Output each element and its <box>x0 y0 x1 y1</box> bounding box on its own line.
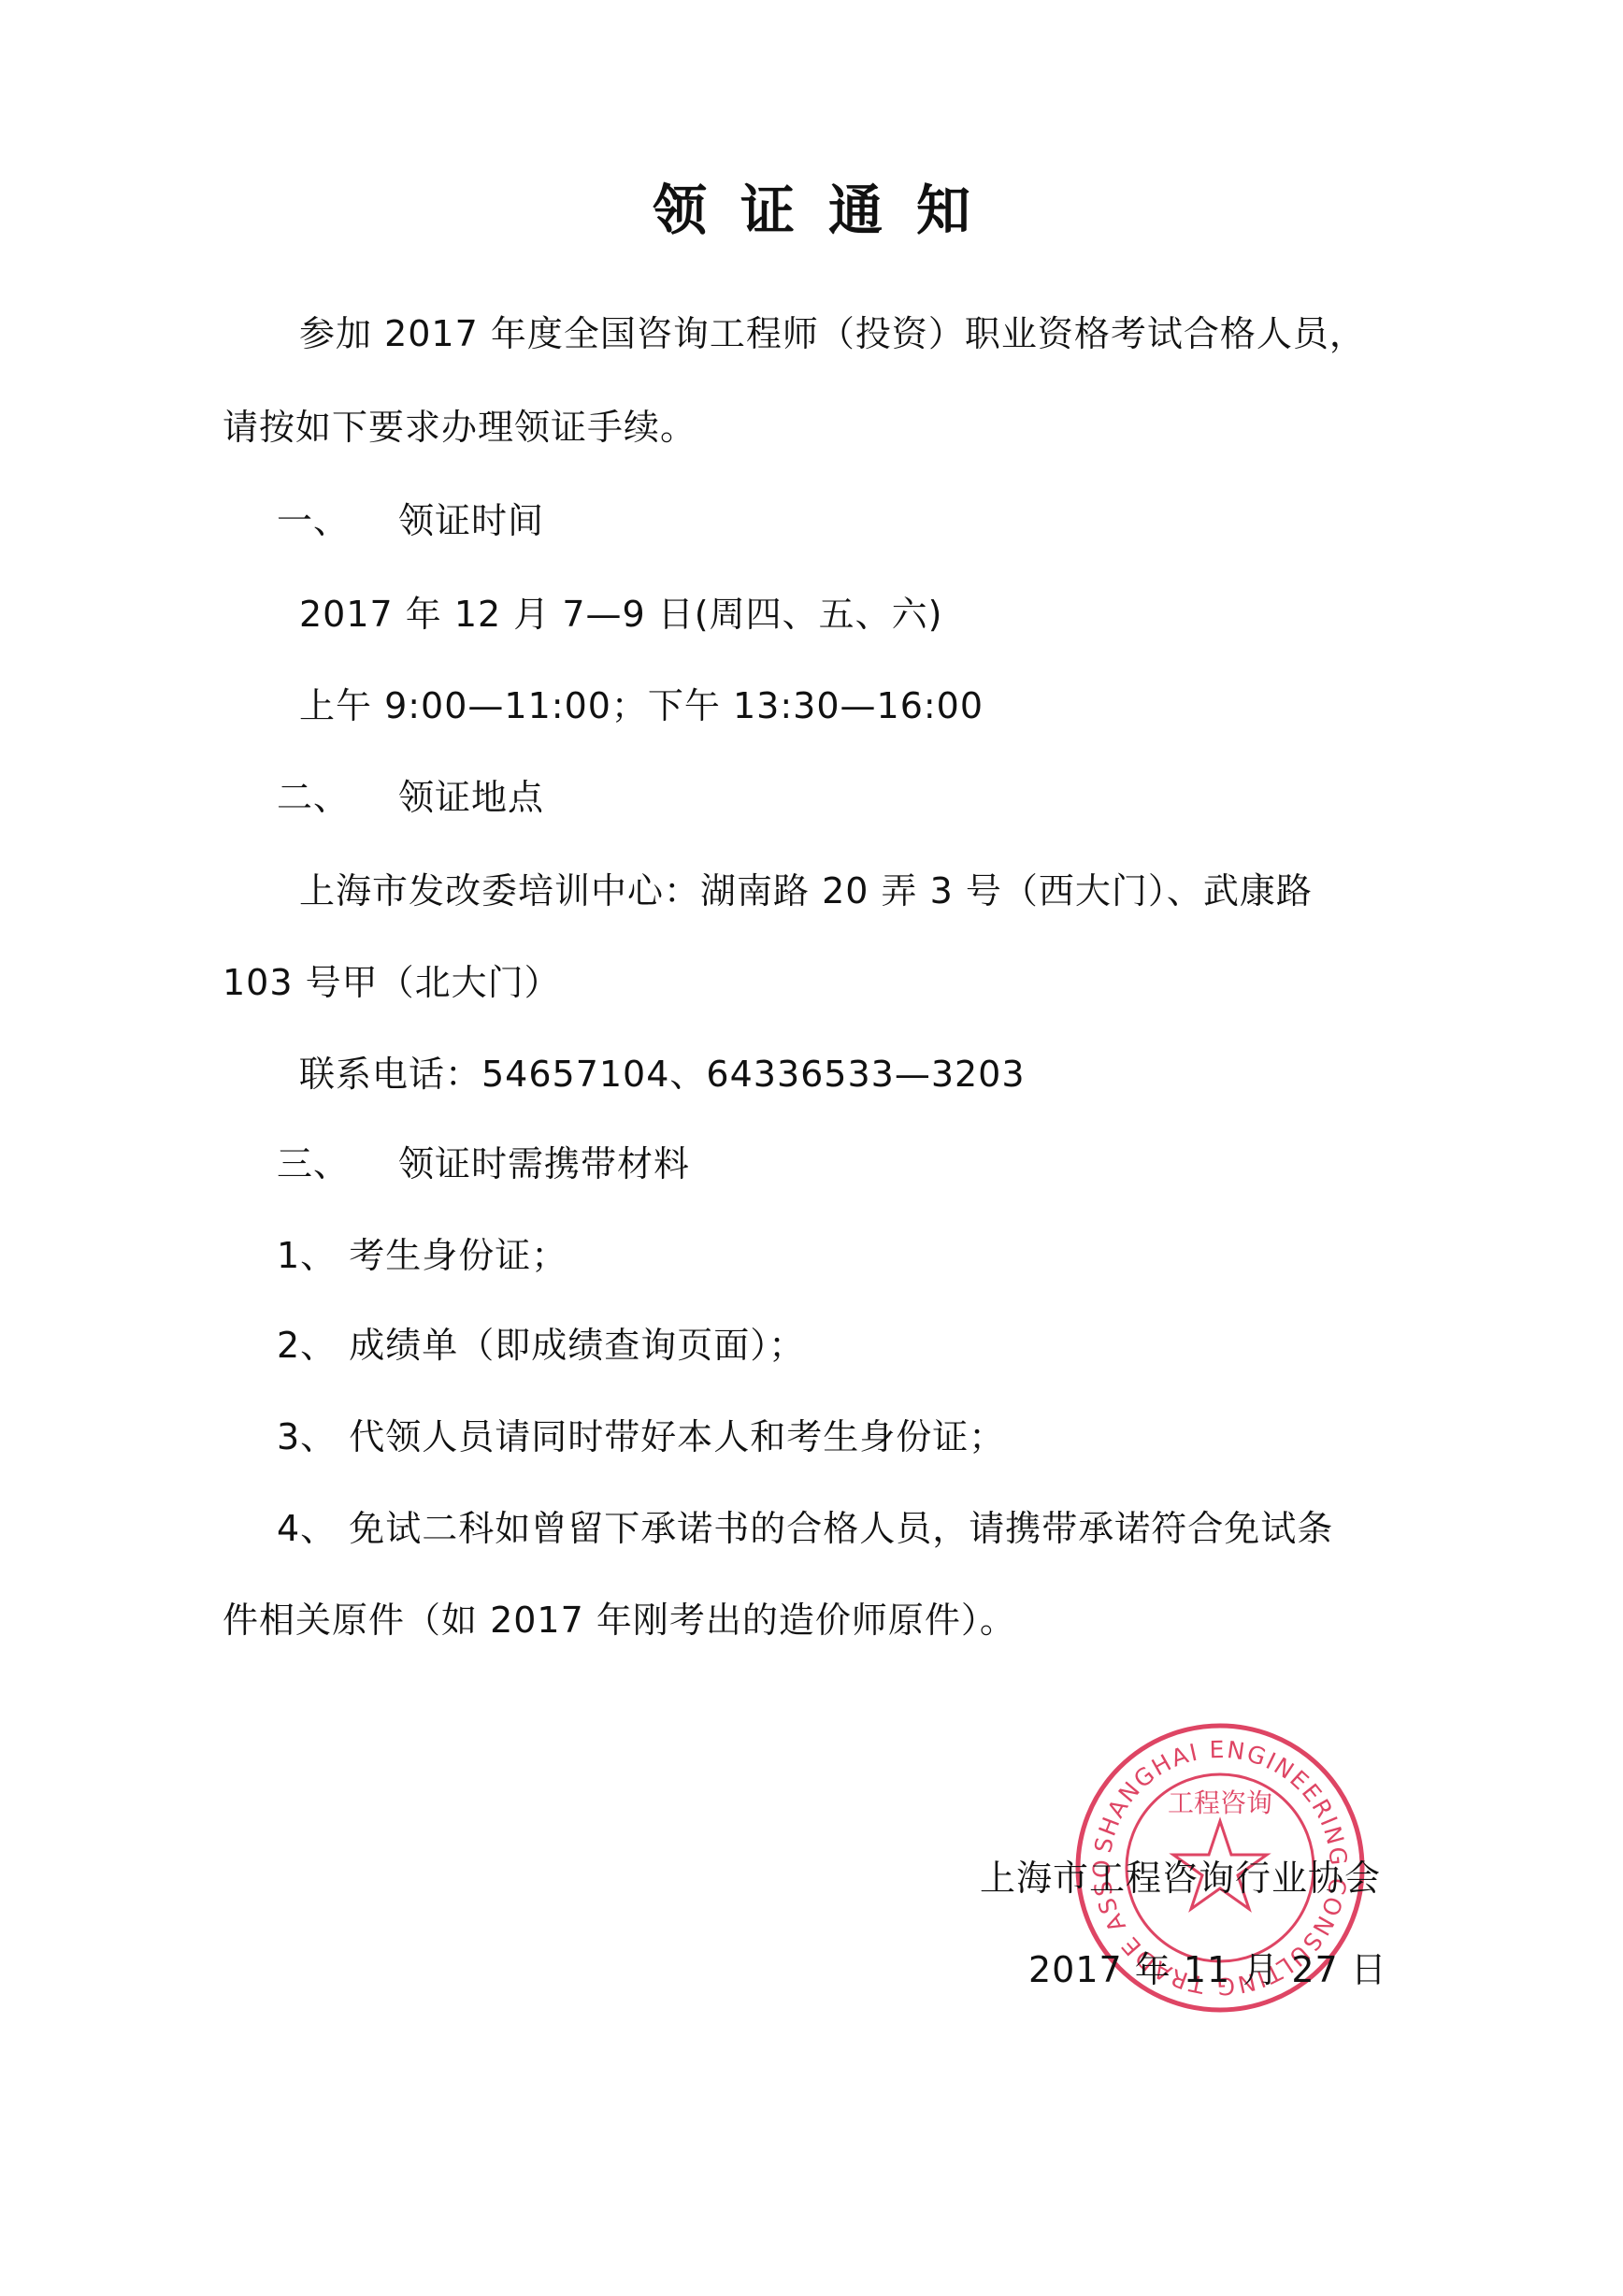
material-item-1: 1、 考生身份证； <box>277 1232 567 1279</box>
section-2-number: 二、 <box>277 774 398 821</box>
svg-text:工程咨询: 工程咨询 <box>1168 1787 1272 1818</box>
material-item-4-continued: 件相关原件（如 2017 年刚考出的造价师原件）。 <box>223 1597 1016 1643</box>
section-1-number: 一、 <box>277 497 398 544</box>
issuing-organization: 上海市工程咨询行业协会 <box>980 1855 1381 1901</box>
collection-dates: 2017 年 12 月 7—9 日(周四、五、六) <box>299 591 942 638</box>
address-line-2: 103 号甲（北大门） <box>223 959 561 1006</box>
material-item-3: 3、 代领人员请同时带好本人和考生身份证； <box>277 1413 1005 1460</box>
page-title: 领证通知 <box>0 166 1623 245</box>
material-item-4: 4、 免试二科如曾留下承诺书的合格人员，请携带承诺符合免试条 <box>277 1505 1333 1552</box>
address-line-1: 上海市发改委培训中心：湖南路 20 弄 3 号（西大门）、武康路 <box>299 868 1313 914</box>
contact-phone: 联系电话：54657104、64336533—3203 <box>299 1051 1026 1098</box>
section-1-heading: 一、领证时间 <box>277 497 544 544</box>
section-2-title: 领证地点 <box>398 777 544 818</box>
section-3-number: 三、 <box>277 1141 398 1187</box>
section-3-title: 领证时需携带材料 <box>398 1143 690 1184</box>
collection-hours: 上午 9:00—11:00；下午 13:30—16:00 <box>299 682 984 729</box>
notice-page: 领证通知 参加 2017 年度全国咨询工程师（投资）职业资格考试合格人员， 请按… <box>0 0 1623 2296</box>
section-1-title: 领证时间 <box>398 500 544 541</box>
intro-line-2: 请按如下要求办理领证手续。 <box>223 404 697 451</box>
material-item-2: 2、 成绩单（即成绩查询页面）； <box>277 1322 805 1369</box>
intro-line-1: 参加 2017 年度全国咨询工程师（投资）职业资格考试合格人员， <box>299 310 1366 357</box>
section-3-heading: 三、领证时需携带材料 <box>277 1141 690 1187</box>
section-2-heading: 二、领证地点 <box>277 774 544 821</box>
issue-date: 2017 年 11 月 27 日 <box>1028 1946 1387 1993</box>
